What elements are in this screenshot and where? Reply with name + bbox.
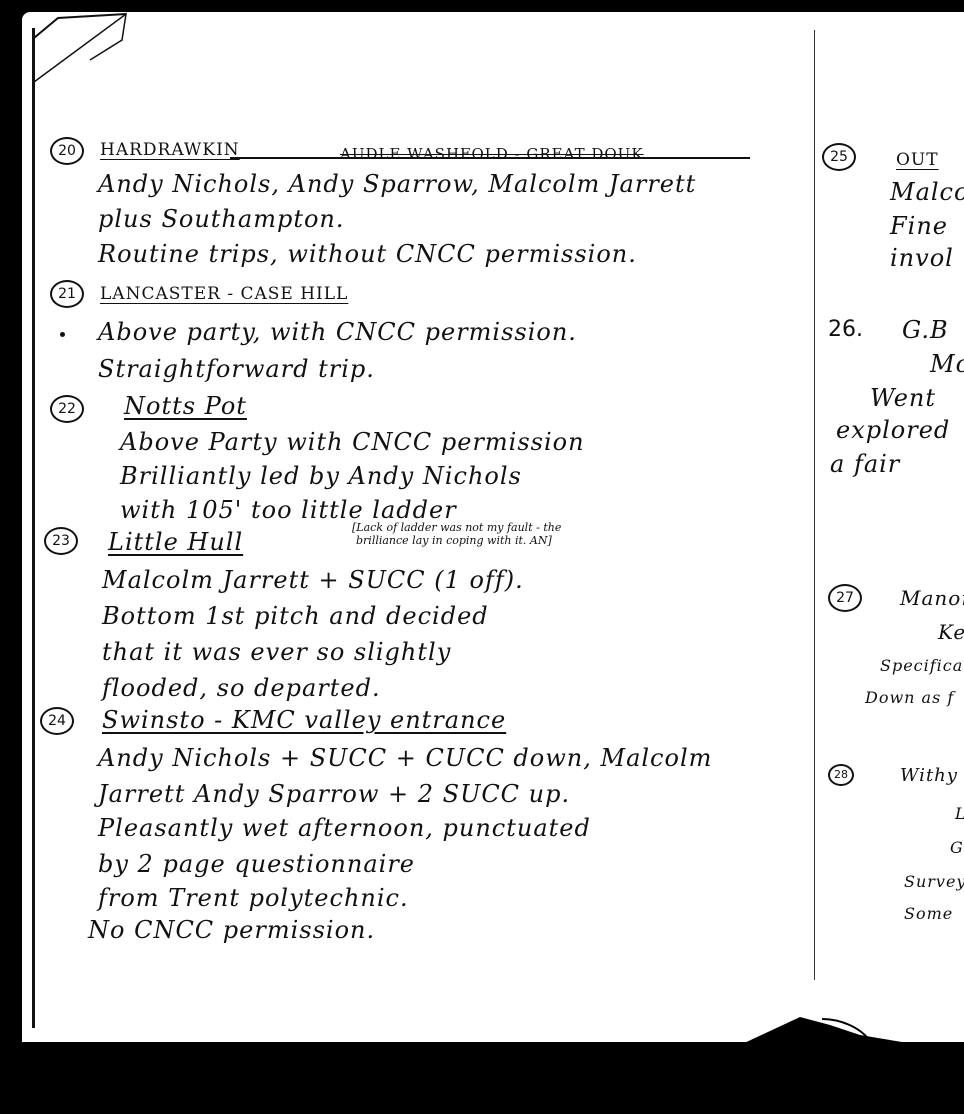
entry-20-line-3: Routine trips, without CNCC permission. xyxy=(98,240,637,268)
entry-number-22: 22 xyxy=(50,395,84,423)
entry-22-line-1: Above Party with CNCC permission xyxy=(120,428,585,456)
book-gutter xyxy=(814,30,815,980)
entry-28-line-2: G xyxy=(950,834,964,862)
entry-27-line-2: Specifically xyxy=(880,652,964,680)
bullet-dot xyxy=(60,332,65,337)
folded-corner-icon xyxy=(30,10,130,85)
entry-title-little-hull: Little Hull xyxy=(108,528,243,556)
entry-title-lancaster-casehill: LANCASTER - CASE HILL xyxy=(100,280,348,308)
entry-title-hardrawkin: HARDRAWKIN xyxy=(100,136,240,164)
entry-number-23: 23 xyxy=(44,527,78,555)
entry-28-line-1: L xyxy=(955,800,964,828)
entry-21-line-2: Straightforward trip. xyxy=(98,355,375,383)
entry-number-20: 20 xyxy=(50,137,84,165)
entry-26-line-3: explored xyxy=(836,416,950,444)
entry-24-line-1: Andy Nichols + SUCC + CUCC down, Malcolm xyxy=(98,744,712,772)
page-curl-shadow xyxy=(740,1005,920,1045)
entry-26-line-1: Mc xyxy=(930,350,964,378)
entry-number-27: 27 xyxy=(828,584,862,612)
entry-title-manor: Manor xyxy=(900,584,964,612)
entry-25-line-3: invol xyxy=(890,244,954,272)
entry-27-line-3: Down as f xyxy=(865,684,954,712)
entry-23-line-4: flooded, so departed. xyxy=(102,674,381,702)
annotation-line-1: [Lack of ladder was not my fault - the xyxy=(352,522,561,534)
entry-title-withy: Withy xyxy=(900,762,958,790)
scanned-notebook: 20 HARDRAWKIN AUDLE WASHFOLD - GREAT DOU… xyxy=(0,0,964,1114)
entry-24-line-4: by 2 page questionnaire xyxy=(98,850,415,878)
entry-title-notts-pot: Notts Pot xyxy=(124,392,247,420)
entry-title-swinsto: Swinsto - KMC valley entrance xyxy=(102,706,506,734)
page-edge-line xyxy=(32,28,35,1028)
entry-20-line-1: Andy Nichols, Andy Sparrow, Malcolm Jarr… xyxy=(98,170,696,198)
entry-24-line-6: No CNCC permission. xyxy=(88,916,375,944)
entry-title-out: OUT xyxy=(896,146,939,174)
entry-number-24: 24 xyxy=(40,707,74,735)
entry-23-line-1: Malcolm Jarrett + SUCC (1 off). xyxy=(102,566,524,594)
entry-21-line-1: Above party, with CNCC permission. xyxy=(98,318,577,346)
entry-23-line-2: Bottom 1st pitch and decided xyxy=(102,602,489,630)
entry-26-line-2: Went xyxy=(870,384,936,412)
entry-22-line-3: with 105' too little ladder xyxy=(120,496,457,524)
entry-number-26: 26. xyxy=(828,318,863,342)
entry-25-line-2: Fine xyxy=(890,212,948,240)
entry-number-28: 28 xyxy=(828,764,854,786)
entry-25-line-1: Malco xyxy=(890,178,964,206)
entry-23-line-3: that it was ever so slightly xyxy=(102,638,451,666)
entry-22-line-2: Brilliantly led by Andy Nichols xyxy=(120,462,522,490)
struck-through-title: AUDLE WASHFOLD - GREAT DOUK xyxy=(340,140,644,168)
entry-24-line-3: Pleasantly wet afternoon, punctuated xyxy=(98,814,591,842)
annotation-line-2: brilliance lay in coping with it. AN] xyxy=(356,535,552,547)
entry-24-line-5: from Trent polytechnic. xyxy=(98,884,409,912)
entry-26-line-4: a fair xyxy=(830,450,900,478)
entry-20-line-2: plus Southampton. xyxy=(98,205,345,233)
entry-24-line-2: Jarrett Andy Sparrow + 2 SUCC up. xyxy=(98,780,570,808)
entry-title-gb: G.B xyxy=(902,316,949,344)
entry-27-line-1: Ken xyxy=(938,618,964,646)
entry-28-line-4: Some xyxy=(904,900,953,928)
entry-number-25: 25 xyxy=(822,143,856,171)
entry-28-line-3: Survey xyxy=(904,868,964,896)
entry-number-21: 21 xyxy=(50,280,84,308)
